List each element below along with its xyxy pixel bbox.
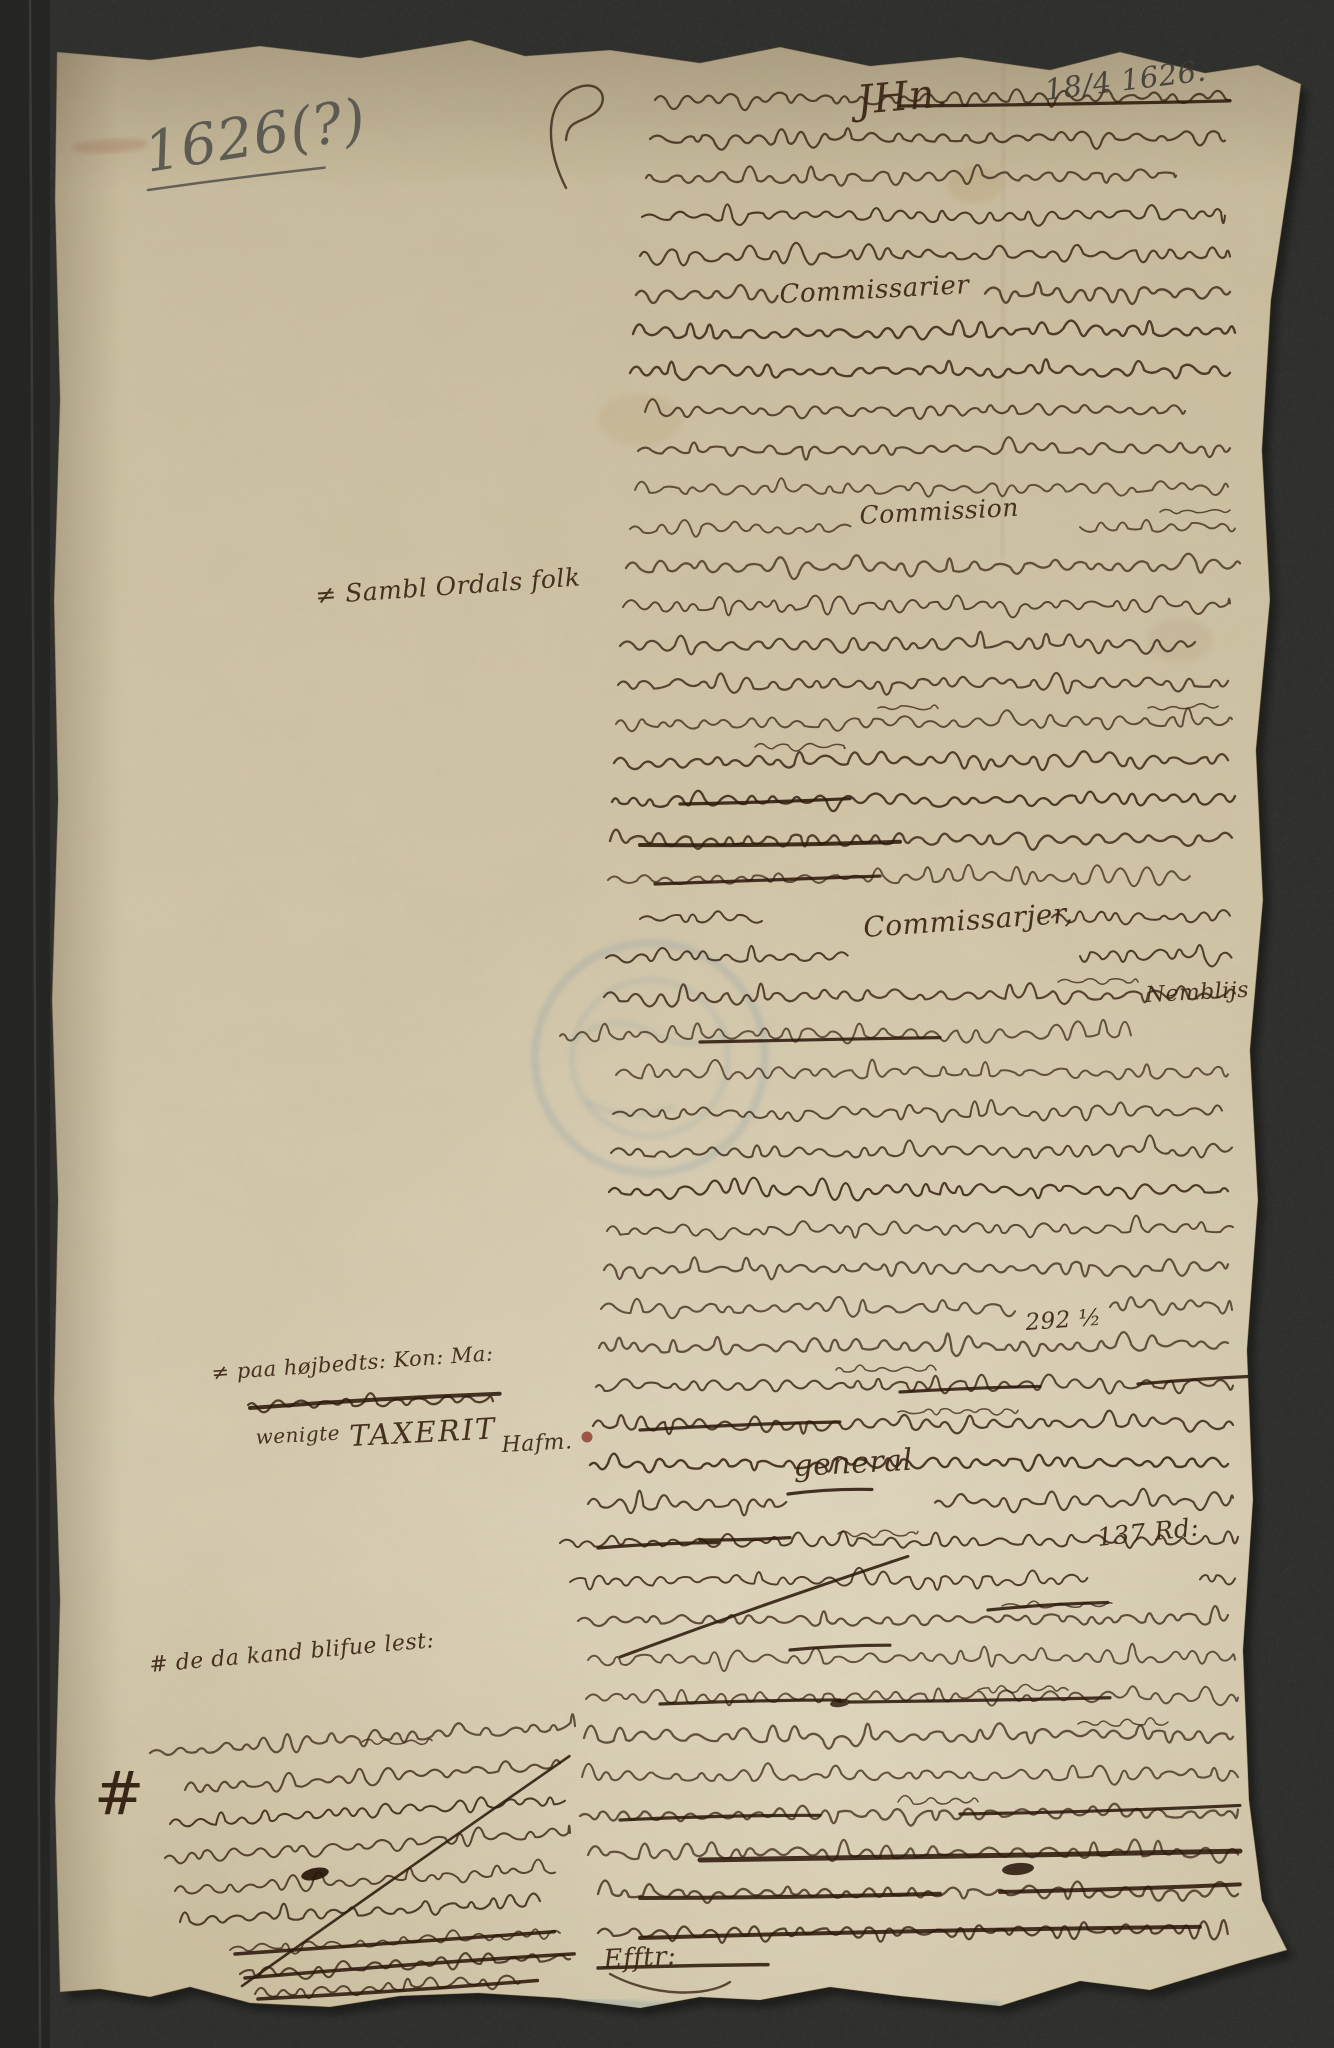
paper-grain-texture [0, 0, 1334, 2048]
binding-gutter [0, 0, 50, 2048]
number-292: 292 ½ [1024, 1305, 1103, 1336]
margin-hash: # [94, 1759, 145, 1829]
manuscript-scan: JHn.18/4 1626.1626(?)≠ Sambl Ordals folk… [0, 0, 1334, 2048]
monogram: JHn. [848, 70, 950, 124]
margin-note-tax-2: wenigte [255, 1421, 341, 1449]
manuscript-page: JHn.18/4 1626.1626(?)≠ Sambl Ordals folk… [0, 0, 1334, 2048]
paper-stain [947, 167, 1003, 203]
paper-stain [598, 394, 682, 446]
word-general: general [793, 1443, 914, 1484]
word-efftr: Efftr: [602, 1941, 677, 1975]
paper-detail-layer [0, 0, 1334, 2048]
red-ink-dot [582, 1432, 593, 1443]
margin-note-tax-4: Hafm. [500, 1429, 573, 1458]
